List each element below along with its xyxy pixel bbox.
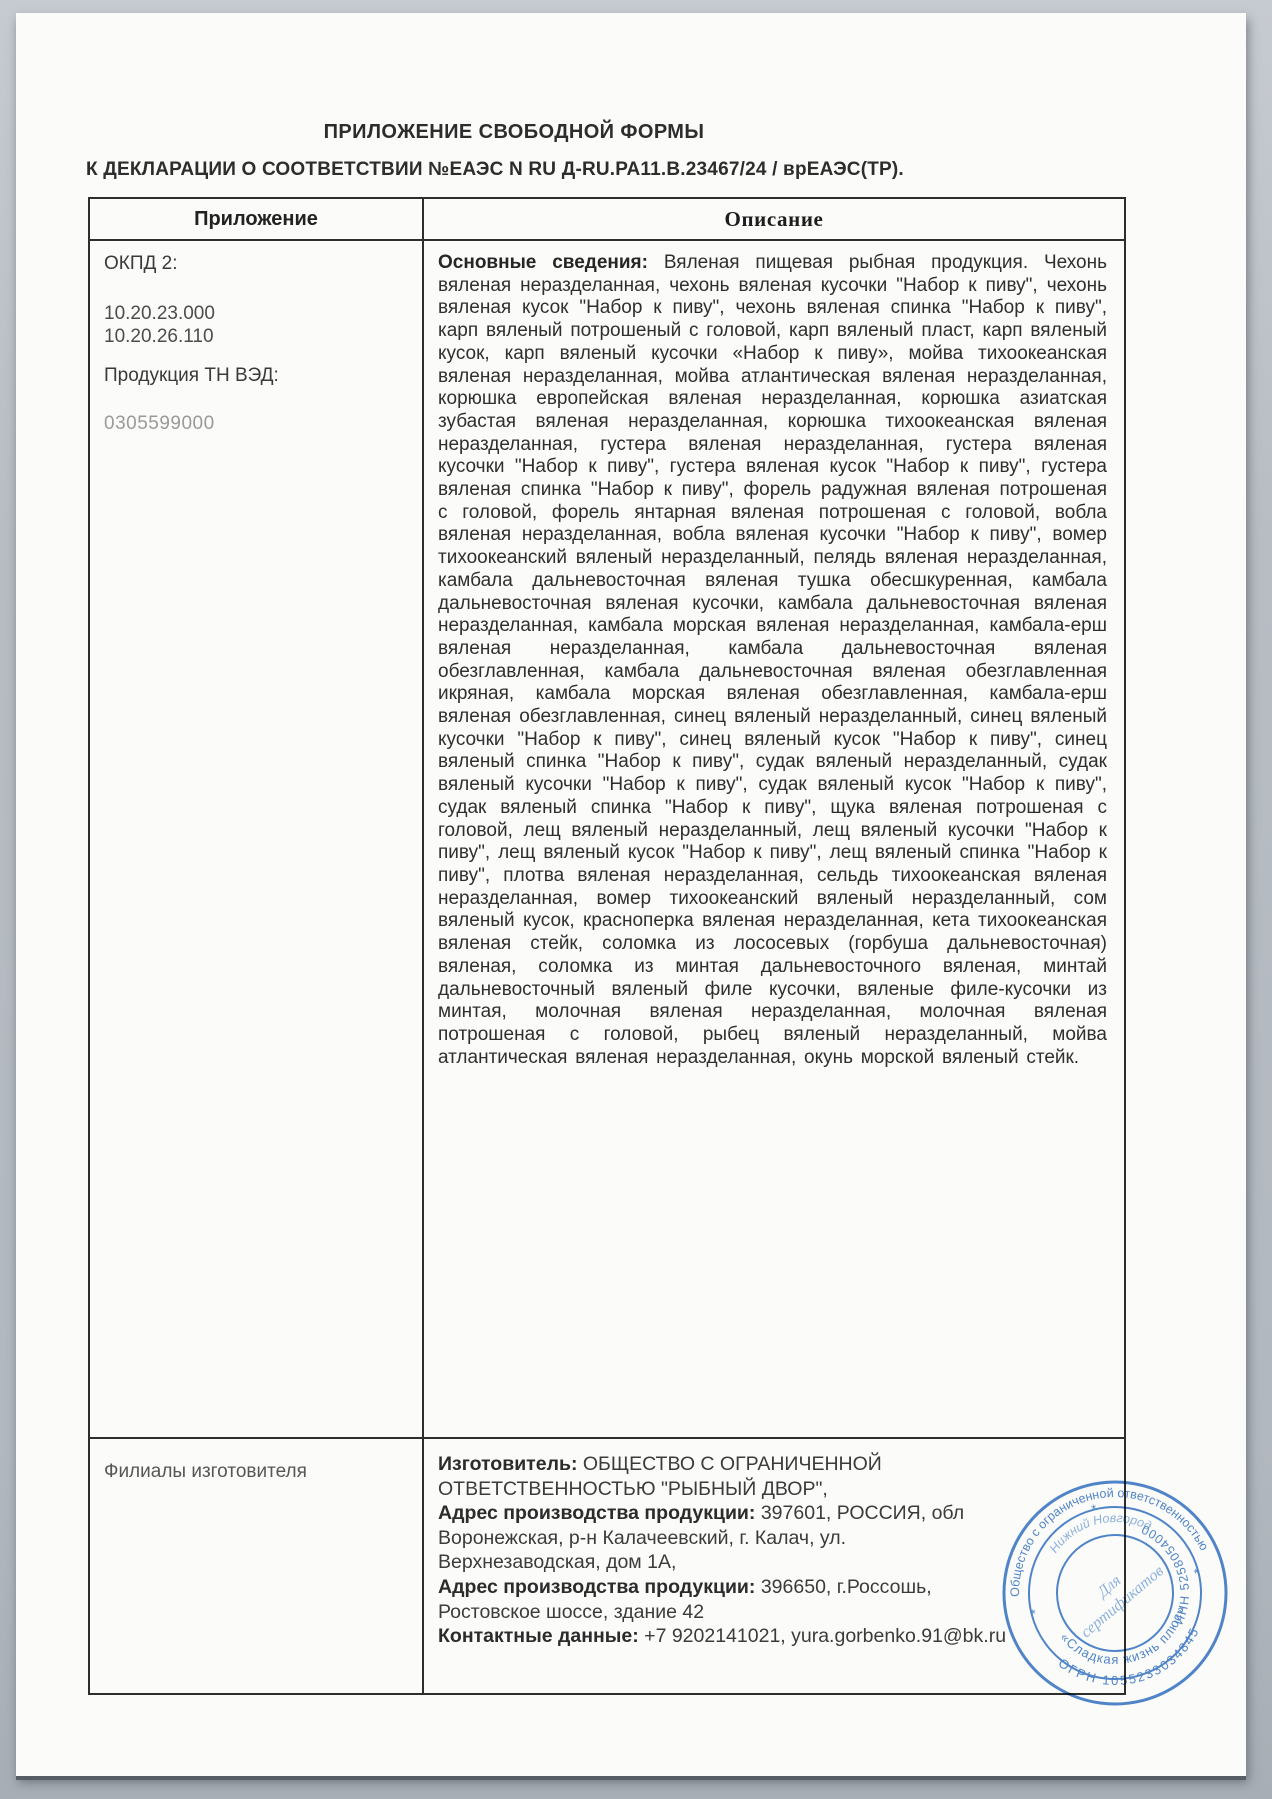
description-cell: Основные сведения: Вяленая пищевая рыбна… <box>423 240 1125 1438</box>
column-header-opisanie: Описание <box>423 198 1125 240</box>
manufacturer-info: Изготовитель: ОБЩЕСТВО С ОГРАНИЧЕННОЙОТВ… <box>424 1439 1124 1649</box>
table-row: ОКПД 2: 10.20.23.000 10.20.26.110 Продук… <box>89 240 1125 1438</box>
appendix-table: Приложение Описание ОКПД 2: 10.20.23.000… <box>88 197 1126 1695</box>
okpd-code-2: 10.20.26.110 <box>104 325 408 348</box>
manufacturer-line: Воронежская, р-н Калачеевский, г. Калач,… <box>438 1526 1110 1551</box>
manufacturer-line: ОТВЕТСТВЕННОСТЬЮ "РЫБНЫЙ ДВОР", <box>438 1477 1110 1502</box>
codes-cell: ОКПД 2: 10.20.23.000 10.20.26.110 Продук… <box>89 240 423 1438</box>
manufacturer-line: Адрес производства продукции: 397601, РО… <box>438 1501 1110 1526</box>
branches-label: Филиалы изготовителя <box>90 1439 422 1505</box>
manufacturer-line: Контактные данные: +7 9202141021, yura.g… <box>438 1624 1110 1649</box>
description-label: Основные сведения: <box>438 252 648 273</box>
manufacturer-line: Ростовское шоссе, здание 42 <box>438 1600 1110 1625</box>
tnved-label: Продукция ТН ВЭД: <box>104 365 408 387</box>
tnved-code: 0305599000 <box>104 413 408 435</box>
table-row: Филиалы изготовителя Изготовитель: ОБЩЕС… <box>89 1438 1125 1694</box>
product-description: Основные сведения: Вяленая пищевая рыбна… <box>424 241 1124 1069</box>
paper: ПРИЛОЖЕНИЕ СВОБОДНОЙ ФОРМЫ К ДЕКЛАРАЦИИ … <box>16 13 1246 1776</box>
manufacturer-line: Адрес производства продукции: 396650, г.… <box>438 1575 1110 1600</box>
okpd-code-1: 10.20.23.000 <box>104 302 408 325</box>
page-title: ПРИЛОЖЕНИЕ СВОБОДНОЙ ФОРМЫ <box>88 121 940 144</box>
branches-cell: Филиалы изготовителя <box>89 1438 423 1694</box>
table-header-row: Приложение Описание <box>89 198 1125 240</box>
manufacturer-cell: Изготовитель: ОБЩЕСТВО С ОГРАНИЧЕННОЙОТВ… <box>423 1438 1125 1694</box>
scanned-page: ПРИЛОЖЕНИЕ СВОБОДНОЙ ФОРМЫ К ДЕКЛАРАЦИИ … <box>0 0 1272 1799</box>
stamp-star-right: * <box>1192 1565 1201 1581</box>
okpd-label: ОКПД 2: <box>104 253 408 275</box>
column-header-prilozhenie: Приложение <box>89 198 423 240</box>
declaration-subtitle: К ДЕКЛАРАЦИИ О СООТВЕТСТВИИ №ЕАЭС N RU Д… <box>86 159 1086 181</box>
manufacturer-line: Верхнезаводская, дом 1А, <box>438 1550 1110 1575</box>
description-text: Вяленая пищевая рыбная продукция. Чехонь… <box>438 252 1107 1068</box>
stamp-inn-text: ИНН 5258054000 <box>1135 1513 1208 1630</box>
manufacturer-line: Изготовитель: ОБЩЕСТВО С ОГРАНИЧЕННОЙ <box>438 1452 1110 1477</box>
